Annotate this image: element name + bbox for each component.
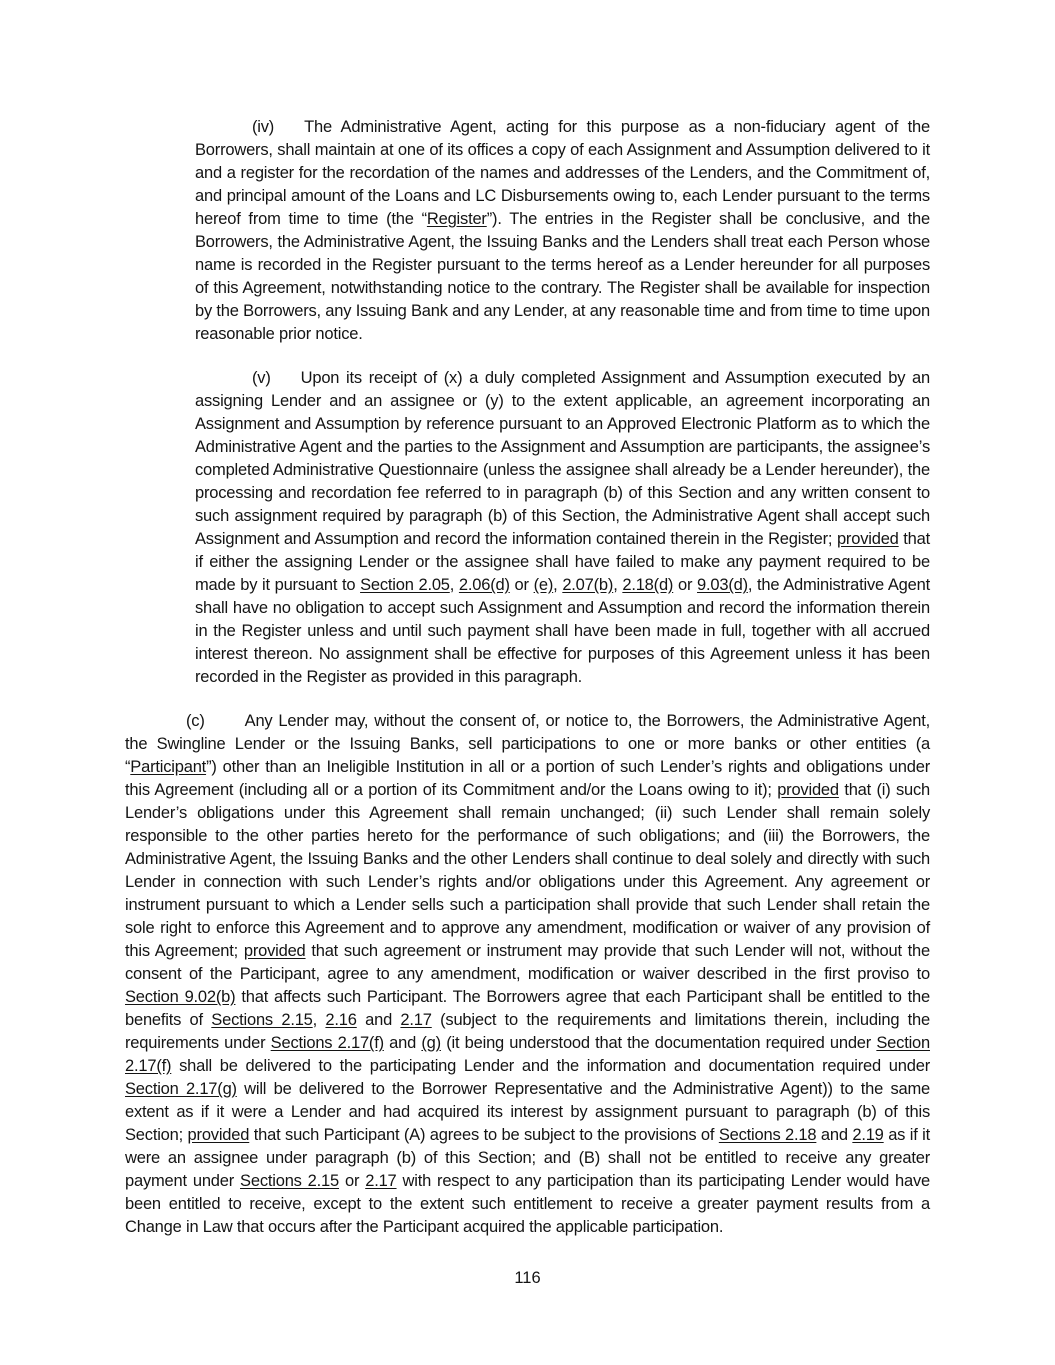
text-run: (v) xyxy=(252,369,271,387)
text-run: , xyxy=(553,576,562,594)
underlined-reference: 2.17 xyxy=(365,1172,396,1190)
document-page: (iv)The Administrative Agent, acting for… xyxy=(0,0,1055,1365)
underlined-reference: Participant xyxy=(130,758,206,776)
underlined-reference: provided xyxy=(188,1126,250,1144)
text-run: or xyxy=(673,576,697,594)
underlined-reference: provided xyxy=(244,942,306,960)
paragraph-iv: (iv)The Administrative Agent, acting for… xyxy=(195,116,930,346)
text-run: (it being understood that the documentat… xyxy=(441,1034,876,1052)
underlined-reference: provided xyxy=(777,781,839,799)
underlined-reference: Sections 2.18 xyxy=(719,1126,817,1144)
text-run: , xyxy=(613,576,622,594)
underlined-reference: Sections 2.17(f) xyxy=(271,1034,384,1052)
underlined-reference: 2.17 xyxy=(400,1011,431,1029)
text-run: that such Participant (A) agrees to be s… xyxy=(249,1126,719,1144)
underlined-reference: 9.03(d) xyxy=(697,576,748,594)
underlined-reference: (g) xyxy=(421,1034,441,1052)
underlined-reference: 2.18(d) xyxy=(622,576,673,594)
underlined-reference: (e) xyxy=(534,576,554,594)
page-number: 116 xyxy=(125,1267,930,1290)
text-run: or xyxy=(510,576,534,594)
underlined-reference: 2.19 xyxy=(852,1126,883,1144)
text-run: ”). The entries in the Register shall be… xyxy=(195,210,930,343)
underlined-reference: 2.06(d) xyxy=(459,576,510,594)
text-run: that (i) such Lender’s obligations under… xyxy=(125,781,930,960)
underlined-reference: Sections 2.15 xyxy=(240,1172,339,1190)
text-run: , xyxy=(313,1011,326,1029)
underlined-reference: Register xyxy=(427,210,487,228)
text-run: (c) xyxy=(186,712,205,730)
underlined-reference: provided xyxy=(837,530,899,548)
paragraph-v: (v)Upon its receipt of (x) a duly comple… xyxy=(195,367,930,689)
text-run: and xyxy=(384,1034,421,1052)
text-run: Upon its receipt of (x) a duly completed… xyxy=(195,369,930,548)
text-run: , xyxy=(450,576,459,594)
underlined-reference: Section 2.17(g) xyxy=(125,1080,237,1098)
text-run: and xyxy=(357,1011,401,1029)
underlined-reference: Section 9.02(b) xyxy=(125,988,235,1006)
paragraph-c: (c)Any Lender may, without the consent o… xyxy=(125,710,930,1239)
text-run: and xyxy=(816,1126,852,1144)
text-run: shall be delivered to the participating … xyxy=(171,1057,930,1075)
text-run: (iv) xyxy=(252,118,274,136)
underlined-reference: 2.16 xyxy=(325,1011,356,1029)
text-run: or xyxy=(339,1172,365,1190)
underlined-reference: Sections 2.15 xyxy=(211,1011,312,1029)
underlined-reference: 2.07(b) xyxy=(562,576,613,594)
document-body: (iv)The Administrative Agent, acting for… xyxy=(125,116,930,1290)
underlined-reference: Section 2.05 xyxy=(360,576,450,594)
